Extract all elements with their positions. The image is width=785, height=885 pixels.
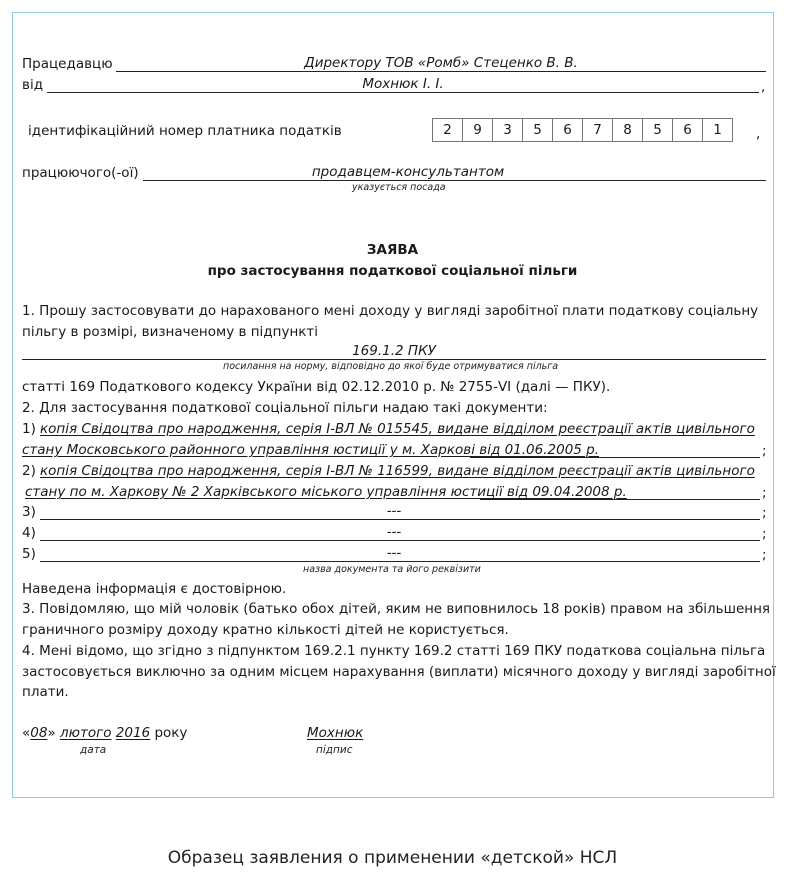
doc-1-line — [470, 457, 760, 458]
date-year: 2016 — [116, 725, 150, 741]
doc-2-num: 2) — [22, 463, 36, 479]
inn-digit-box: 5 — [642, 118, 673, 142]
inn-digit-box: 6 — [672, 118, 703, 142]
reliable-statement: Наведена інформація є достовірною. — [22, 581, 286, 597]
norm-line — [22, 359, 766, 360]
inn-digit-box: 6 — [552, 118, 583, 142]
doc-4-line — [40, 540, 760, 541]
position-line — [143, 180, 766, 181]
doc-3-value: --- — [40, 503, 748, 519]
p4-line3: плати. — [22, 684, 69, 700]
document-subtitle: про застосування податкової соціальної п… — [0, 263, 785, 279]
inn-boxes: 2935678561 — [433, 118, 733, 142]
doc-2-line1: копія Свідоцтва про народження, серія І-… — [40, 463, 755, 479]
doc-5-num: 5) — [22, 546, 36, 562]
doc-4-semicolon: ; — [762, 526, 767, 542]
position-hint: указується посада — [352, 182, 446, 193]
employer-line — [116, 71, 766, 72]
inn-digit-box: 1 — [702, 118, 733, 142]
employer-value: Директору ТОВ «Ромб» Стеценко В. В. — [116, 55, 766, 71]
inn-digit-box: 9 — [462, 118, 493, 142]
date-suffix: року — [154, 725, 187, 741]
from-line — [47, 92, 759, 93]
p2-line: 2. Для застосування податкової соціально… — [22, 400, 548, 416]
doc-1-line2: стану Московського районного управління … — [22, 442, 599, 458]
from-comma: , — [761, 79, 765, 95]
date-hint: дата — [80, 744, 106, 756]
doc-5-line — [40, 561, 760, 562]
inn-digit-box: 5 — [522, 118, 553, 142]
p1-line3: статті 169 Податкового кодексу України в… — [22, 379, 610, 395]
doc-1-line1: копія Свідоцтва про народження, серія І-… — [40, 421, 755, 437]
doc-4-num: 4) — [22, 525, 36, 541]
employer-label: Працедавцю — [22, 56, 113, 72]
doc-5-value: --- — [40, 545, 748, 561]
figure-caption: Образец заявления о применении «детской»… — [0, 848, 785, 868]
inn-comma: , — [756, 126, 760, 142]
position-value: продавцем-консультантом — [143, 164, 673, 180]
docs-hint: назва документа та його реквізити — [303, 564, 481, 575]
p3-line1: 3. Повідомляю, що мій чоловік (батько об… — [22, 601, 770, 617]
doc-5-semicolon: ; — [762, 547, 767, 563]
p1-line1: 1. Прошу застосовувати до нарахованого м… — [22, 303, 758, 319]
doc-1-num: 1) — [22, 421, 36, 437]
p1-line2: пільгу в розмірі, визначеному в підпункт… — [22, 324, 318, 340]
signature-hint: підпис — [316, 744, 353, 756]
doc-3-line — [40, 519, 760, 520]
doc-2-semicolon: ; — [762, 485, 767, 501]
inn-label: ідентифікаційний номер платника податків — [28, 123, 342, 139]
inn-digit-box: 2 — [432, 118, 463, 142]
p4-line1: 4. Мені відомо, що згідно з підпунктом 1… — [22, 643, 765, 659]
doc-3-num: 3) — [22, 504, 36, 520]
from-label: від — [22, 77, 43, 93]
p3-line2: граничного розміру доходу кратно кількос… — [22, 622, 509, 638]
date-day: 08 — [30, 725, 47, 741]
norm-value: 169.1.2 ПКУ — [22, 343, 766, 359]
p4-line2: застосовується виключно за одним місцем … — [22, 664, 776, 680]
date-month: лютого — [60, 725, 111, 741]
document-title: ЗАЯВА — [0, 242, 785, 258]
doc-1-semicolon: ; — [762, 443, 767, 459]
date-field: «08» лютого 2016 року — [22, 725, 187, 741]
norm-hint: посилання на норму, відповідно до якої б… — [223, 361, 558, 372]
position-label: працюючого(-ої) — [22, 165, 139, 181]
signature: Мохнюк — [307, 725, 363, 741]
inn-digit-box: 8 — [612, 118, 643, 142]
doc-3-semicolon: ; — [762, 505, 767, 521]
inn-digit-box: 7 — [582, 118, 613, 142]
doc-2-line — [480, 499, 760, 500]
doc-2-line2: стану по м. Харкову № 2 Харківського міс… — [25, 484, 627, 500]
doc-4-value: --- — [40, 524, 748, 540]
inn-digit-box: 3 — [492, 118, 523, 142]
from-value: Мохнюк І. І. — [47, 76, 759, 92]
